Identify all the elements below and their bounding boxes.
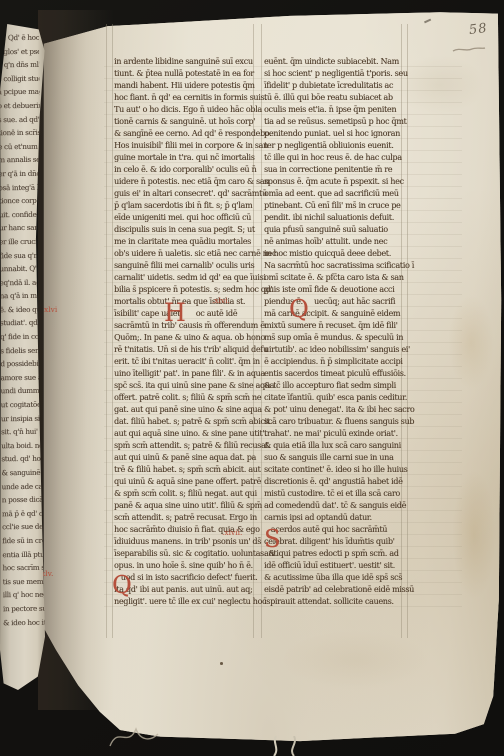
text-line: hoc sacrīm sup oīa: [2, 561, 44, 575]
text-line: eisdē patrib' ad celebrationē eidē missū: [264, 584, 404, 596]
rubric-initial-q-col2: Q: [289, 297, 309, 321]
text-line: scitate continet' ē. ideo si ho ille hui…: [264, 464, 404, 476]
text-line: ut cogitatōe sibi: [1, 398, 43, 412]
text-line: tionce corp' & sangī: [0, 194, 41, 208]
text-line: scā caro tribuatur. & fluens sanguis sub: [264, 416, 404, 428]
text-line: nt. Qd' ē hoc ī: [0, 31, 39, 45]
text-column-right: euēnt. q̄m uindicte subiacebit. Namsi ho…: [264, 56, 404, 608]
text-line: īseparabilis sū. sic & cogitatio. uolunt…: [114, 548, 256, 560]
text-line: mistū custodire. tc̄ ei et illa scā caro: [264, 488, 404, 500]
text-line: euēnt. q̄m uindicte subiacebit. Nam: [264, 56, 404, 68]
text-line: sponsus ē. q̄m acute n̄ pspexit. si hec: [264, 176, 404, 188]
text-line: entis sacerdos timeat piculū effusiōis.: [264, 368, 404, 380]
text-line: oculis meis et'ia. n̄ ipse q̄m peniten: [264, 104, 404, 116]
text-line: ē accipiendus. n̄ p̄ simplicitate accipi: [264, 356, 404, 368]
text-line: q' fide in corde: [0, 330, 42, 344]
text-line: entia illā ptulit: [2, 547, 44, 561]
manuscript-photo: in ardente libidine sanguinē suī excutiu…: [0, 0, 504, 756]
text-line: negligit'. uere tc̄ ille ex cui' neglect…: [114, 596, 256, 608]
text-line: ā pcipue magist: [0, 85, 40, 99]
text-line: tia ad se reūsus. semetipsū p hoc q̄mt: [264, 116, 404, 128]
text-line: ms̄ sup omīa ē mundus. & speculū in: [264, 332, 404, 344]
text-line: aut qui uinū & panē sine aqua dat. pa: [114, 452, 256, 464]
text-line: īdiuiduus manens. in trib' psonis un' ds…: [114, 536, 256, 548]
text-line: er ille crucifix' q'd: [0, 235, 41, 249]
text-line: t. q'n dn̄s ml'nt: [0, 58, 39, 72]
text-line: spm̄ scm̄ attendit. s; patrē & filiū rec…: [114, 440, 256, 452]
text-line: p̄ q'lam sacerdotis ibi n̄ fit. s; p̄ q'…: [114, 200, 256, 212]
text-line: mixtū sumere n̄ recuset. q̄m idē fili': [264, 320, 404, 332]
facing-page-edge: nt. Qd' ē hoc īn glos' et pseq't. q'n dn…: [0, 24, 45, 690]
text-line: omī scitate ē. & pfc̄ta caro ista & san: [264, 272, 404, 284]
binding-threads: [262, 736, 322, 756]
chapter-number-gutter-top: xlvi: [44, 305, 57, 314]
text-line: tionē carnis & sanguinē. ut hoīs corp': [114, 116, 256, 128]
text-line: aut qui aquā sine uino. & sine pane utit…: [114, 428, 256, 440]
text-line: eq'ndā il. agat': [0, 275, 42, 289]
text-line: ad comedendū dat'. tc̄ & sanguis eidē: [264, 500, 404, 512]
text-line: in hoc mistio quicquā deee debet.: [264, 248, 404, 260]
text-line: carnalit' uidetis. sedm id qd' ea que īu…: [114, 272, 256, 284]
text-line: ter p negligentiā obliuionis euenit.: [264, 140, 404, 152]
text-line: uit. confidentem: [0, 208, 41, 222]
text-line: rē t'nitatis. Un̄ si de his t'rib' aliqu…: [114, 344, 256, 356]
text-line: illi q' hoc negligit: [3, 588, 45, 602]
text-line: & ideo hoc ita ē: [3, 615, 45, 629]
text-line: spc̄ scs̄. ita qui uinū sine pane & sine…: [114, 380, 256, 392]
text-line: in ardente libidine sanguinē suī excu: [114, 56, 256, 68]
text-line: stud. qd' hoc ita: [1, 452, 43, 466]
text-line: fide sū in credulit: [2, 534, 44, 548]
rubric-initial-q-col1: Q: [112, 573, 132, 597]
text-line: ita qd' ibi aut panis. aut uinū. aut aq;: [114, 584, 256, 596]
text-line: guis ei' in altari consecret'. qd' sacrā…: [114, 188, 256, 200]
text-line: īfidelit' p dubietate īcredulitatis ac: [264, 80, 404, 92]
text-line: scm̄ attendit. s; patrē recusat. Ergo in: [114, 512, 256, 524]
text-line: amore sue agunt: [0, 371, 42, 385]
text-line: gat. aut qui panē sine uino & sine aqua: [114, 404, 256, 416]
text-line: in celo ē. & ido corporalib' oculis eū n…: [114, 164, 256, 176]
text-line: unnabit. Q'ā gt': [0, 262, 41, 276]
text-line: s fidelis seruan: [0, 343, 42, 357]
text-line: me in claritate mea quādiu mortales: [114, 236, 256, 248]
text-line: & tc̄ illo accepturo fiat sedm simpli: [264, 380, 404, 392]
text-line: pendit. ibi nichil saluationis defuit.: [264, 212, 404, 224]
text-line: uod si in isto sacrificio defect' fuerit…: [114, 572, 256, 584]
text-line: uirtutib'. ac ideo nobilissim' sanguis e…: [264, 344, 404, 356]
text-line: suo & sanguis ille carni sue in una: [264, 452, 404, 464]
text-line: e cū et'num eēt: [0, 140, 40, 154]
text-line: eīde unigeniti mei. qui hoc officiū cū: [114, 212, 256, 224]
text-line: na q'ā in manū: [0, 289, 42, 303]
text-line: sit. q'n̄ hui' panis: [1, 425, 43, 439]
text-line: n glos' et pseq': [0, 44, 39, 58]
text-line: sua in correctione penitentie m̄ re: [264, 164, 404, 176]
text-line: ē. & ideo qui illud: [0, 303, 42, 317]
text-line: Tu aut' o ho dicis. Ego n̄ uideo hāc obl…: [114, 104, 256, 116]
text-line: mā p̄ ē qd' cōit': [2, 507, 44, 521]
text-line: tis sue memoriā: [3, 575, 45, 589]
text-line: & sanguinē suis: [1, 466, 43, 480]
text-line: acerdos autē qui hoc sacrām̄tū: [264, 524, 404, 536]
folio-number: 58: [468, 21, 488, 38]
text-line: s sue. ad qd' hoc: [0, 112, 40, 126]
text-line: mandi habent. Hii uidere potestis q̄m: [114, 80, 256, 92]
text-line: d possidebit' sibi: [0, 357, 42, 371]
text-line: uidere n̄ potestis. nec etiā q̄m caro & …: [114, 176, 256, 188]
text-line: Hos inuisibil' filii mei in corpore & in…: [114, 140, 256, 152]
faint-doodle: [106, 722, 162, 750]
rubric-initial-h: H: [164, 301, 186, 325]
text-line: fide sua q'm illud: [0, 248, 41, 262]
text-line: tiunt. & p̄tea nullā potestatē in ea for: [114, 68, 256, 80]
text-line: carnis ipsi ad optandū datur.: [264, 512, 404, 524]
text-line: guis iste omī fide & deuotione acci: [264, 284, 404, 296]
text-line: ur insipia sibi dul: [1, 411, 43, 425]
pen-scratch-mark: [452, 44, 486, 54]
text-line: īspirauit attendat. sollicite cauens.: [264, 596, 404, 608]
text-line: o et debuerim se: [0, 99, 40, 113]
text-line: omīa ad eent. que ad sacrificiū meū: [264, 188, 404, 200]
text-line: citate īfantiū. quib' esca panis ceditur…: [264, 392, 404, 404]
text-line: discipulis suis in cena sua pegit. S; ut: [114, 224, 256, 236]
text-line: uino ītelligit' pat'. in pane fili'. & i…: [114, 368, 256, 380]
text-line: unde ade cara ua: [2, 479, 44, 493]
text-line: tū ē. illū qui bōe reatu subiacet ab: [264, 92, 404, 104]
text-line: ptinebant. Cū enī fili' ms̄ in cruce pe: [264, 200, 404, 212]
text-line: hoc fiant. n̄ qd' ea cernitis in formis …: [114, 92, 256, 104]
text-line: panē & aqua sine uino utit'. filiū & spm…: [114, 500, 256, 512]
text-line: in pectore suo ita: [3, 602, 45, 616]
text-line: & quia etiā illa lux scā caro sanguini: [264, 440, 404, 452]
facing-page-text: nt. Qd' ē hoc īn glos' et pseq't. q'n dn…: [0, 31, 45, 630]
text-line: dat. filiū habet. s; patrē & spm̄ scm̄ a…: [114, 416, 256, 428]
text-line: trahat'. ne mai' piculū exinde oriat'.: [264, 428, 404, 440]
text-line: antiqui patres edocti p spm̄ scm̄. ad: [264, 548, 404, 560]
rubric-initial-s: S: [264, 527, 280, 551]
text-line: erit. tc̄ ibi t'nitas ueracit' n̄ colit'…: [114, 356, 256, 368]
text-line: e colligit studiosa: [0, 72, 39, 86]
text-line: er q'ā in dn̄o habit: [0, 167, 40, 181]
text-line: trē & filiū habet. s; spm̄ scm̄ abicit. …: [114, 464, 256, 476]
chapter-number-inline-top: .xlvi.: [212, 296, 230, 305]
text-line: si hoc scient' p negligentiā t'poris. se…: [264, 68, 404, 80]
text-line: Quōm;. In pane & uino & aqua. ob hono: [114, 332, 256, 344]
text-line: tc̄ ille qui in hoc reus ē. de hac culpa: [264, 152, 404, 164]
text-line: piendus ē. uecūq; aut hāc sacrifi: [264, 296, 404, 308]
text-line: idē officiū īduī estituert'. uestit' sit…: [264, 560, 404, 572]
text-line: m annalis sed nō: [0, 153, 40, 167]
text-line: bilia s̄ pspicere n̄ potestis. s; sedm h…: [114, 284, 256, 296]
text-line: ccl'ie sue dedit ī: [2, 520, 44, 534]
text-line: tionē in scr̄is ue: [0, 126, 40, 140]
text-column-left: in ardente libidine sanguinē suī excutiu…: [114, 56, 256, 608]
text-line: celebrat. diligent' his īdum̄tis quib': [264, 536, 404, 548]
ink-dot: [220, 662, 223, 665]
text-line: & pot' uinu denegat'. ita & ibi hec sacr…: [264, 404, 404, 416]
text-line: ob's uidere n̄ ualetis. sic etiā nec car…: [114, 248, 256, 260]
text-line: studiat'. qd' sibi: [0, 316, 42, 330]
text-line: offert. patrē colit. s; filiū & spm̄ scm…: [114, 392, 256, 404]
text-line: & sangīnē ee cerno. Ad qd' ē respondebo.: [114, 128, 256, 140]
text-line: n posse dicā sibi: [2, 493, 44, 507]
chapter-number-inline-bottom: .xlvii.: [222, 528, 242, 537]
text-line: mā carnē accipit. & sanguinē eidem: [264, 308, 404, 320]
text-line: sanguinē filii mei carnalib' oculis uris: [114, 260, 256, 272]
text-line: qui uinū & aquā sine pane offert. patrē: [114, 476, 256, 488]
text-line: nē animas hoīb' attulit. unde nec: [264, 236, 404, 248]
text-line: ur hanc sandū q': [0, 221, 41, 235]
text-line: osā integ'ā habent: [0, 180, 41, 194]
text-line: undi dummodo: [1, 384, 43, 398]
text-line: & spm̄ scm̄ colit. s; filiū negat. aut q…: [114, 488, 256, 500]
text-line: Na sacrm̄tū hoc sacratissima scificatio …: [264, 260, 404, 272]
text-line: opus. in uno hoīe s̄. sine quib' ho n̄ ē…: [114, 560, 256, 572]
text-line: & acutissime ūba illa que idē sps̄ scs̄: [264, 572, 404, 584]
text-line: quia pfusū sanguinē suū saluatio: [264, 224, 404, 236]
text-line: discretionis ē. qd' angustiā habet idē: [264, 476, 404, 488]
text-line: guine mortale in t'ra. qui nc̄ imortalis: [114, 152, 256, 164]
text-line: penitendo puniat. uel si hoc ignoran: [264, 128, 404, 140]
text-line: ulta boid. notanda: [1, 439, 43, 453]
